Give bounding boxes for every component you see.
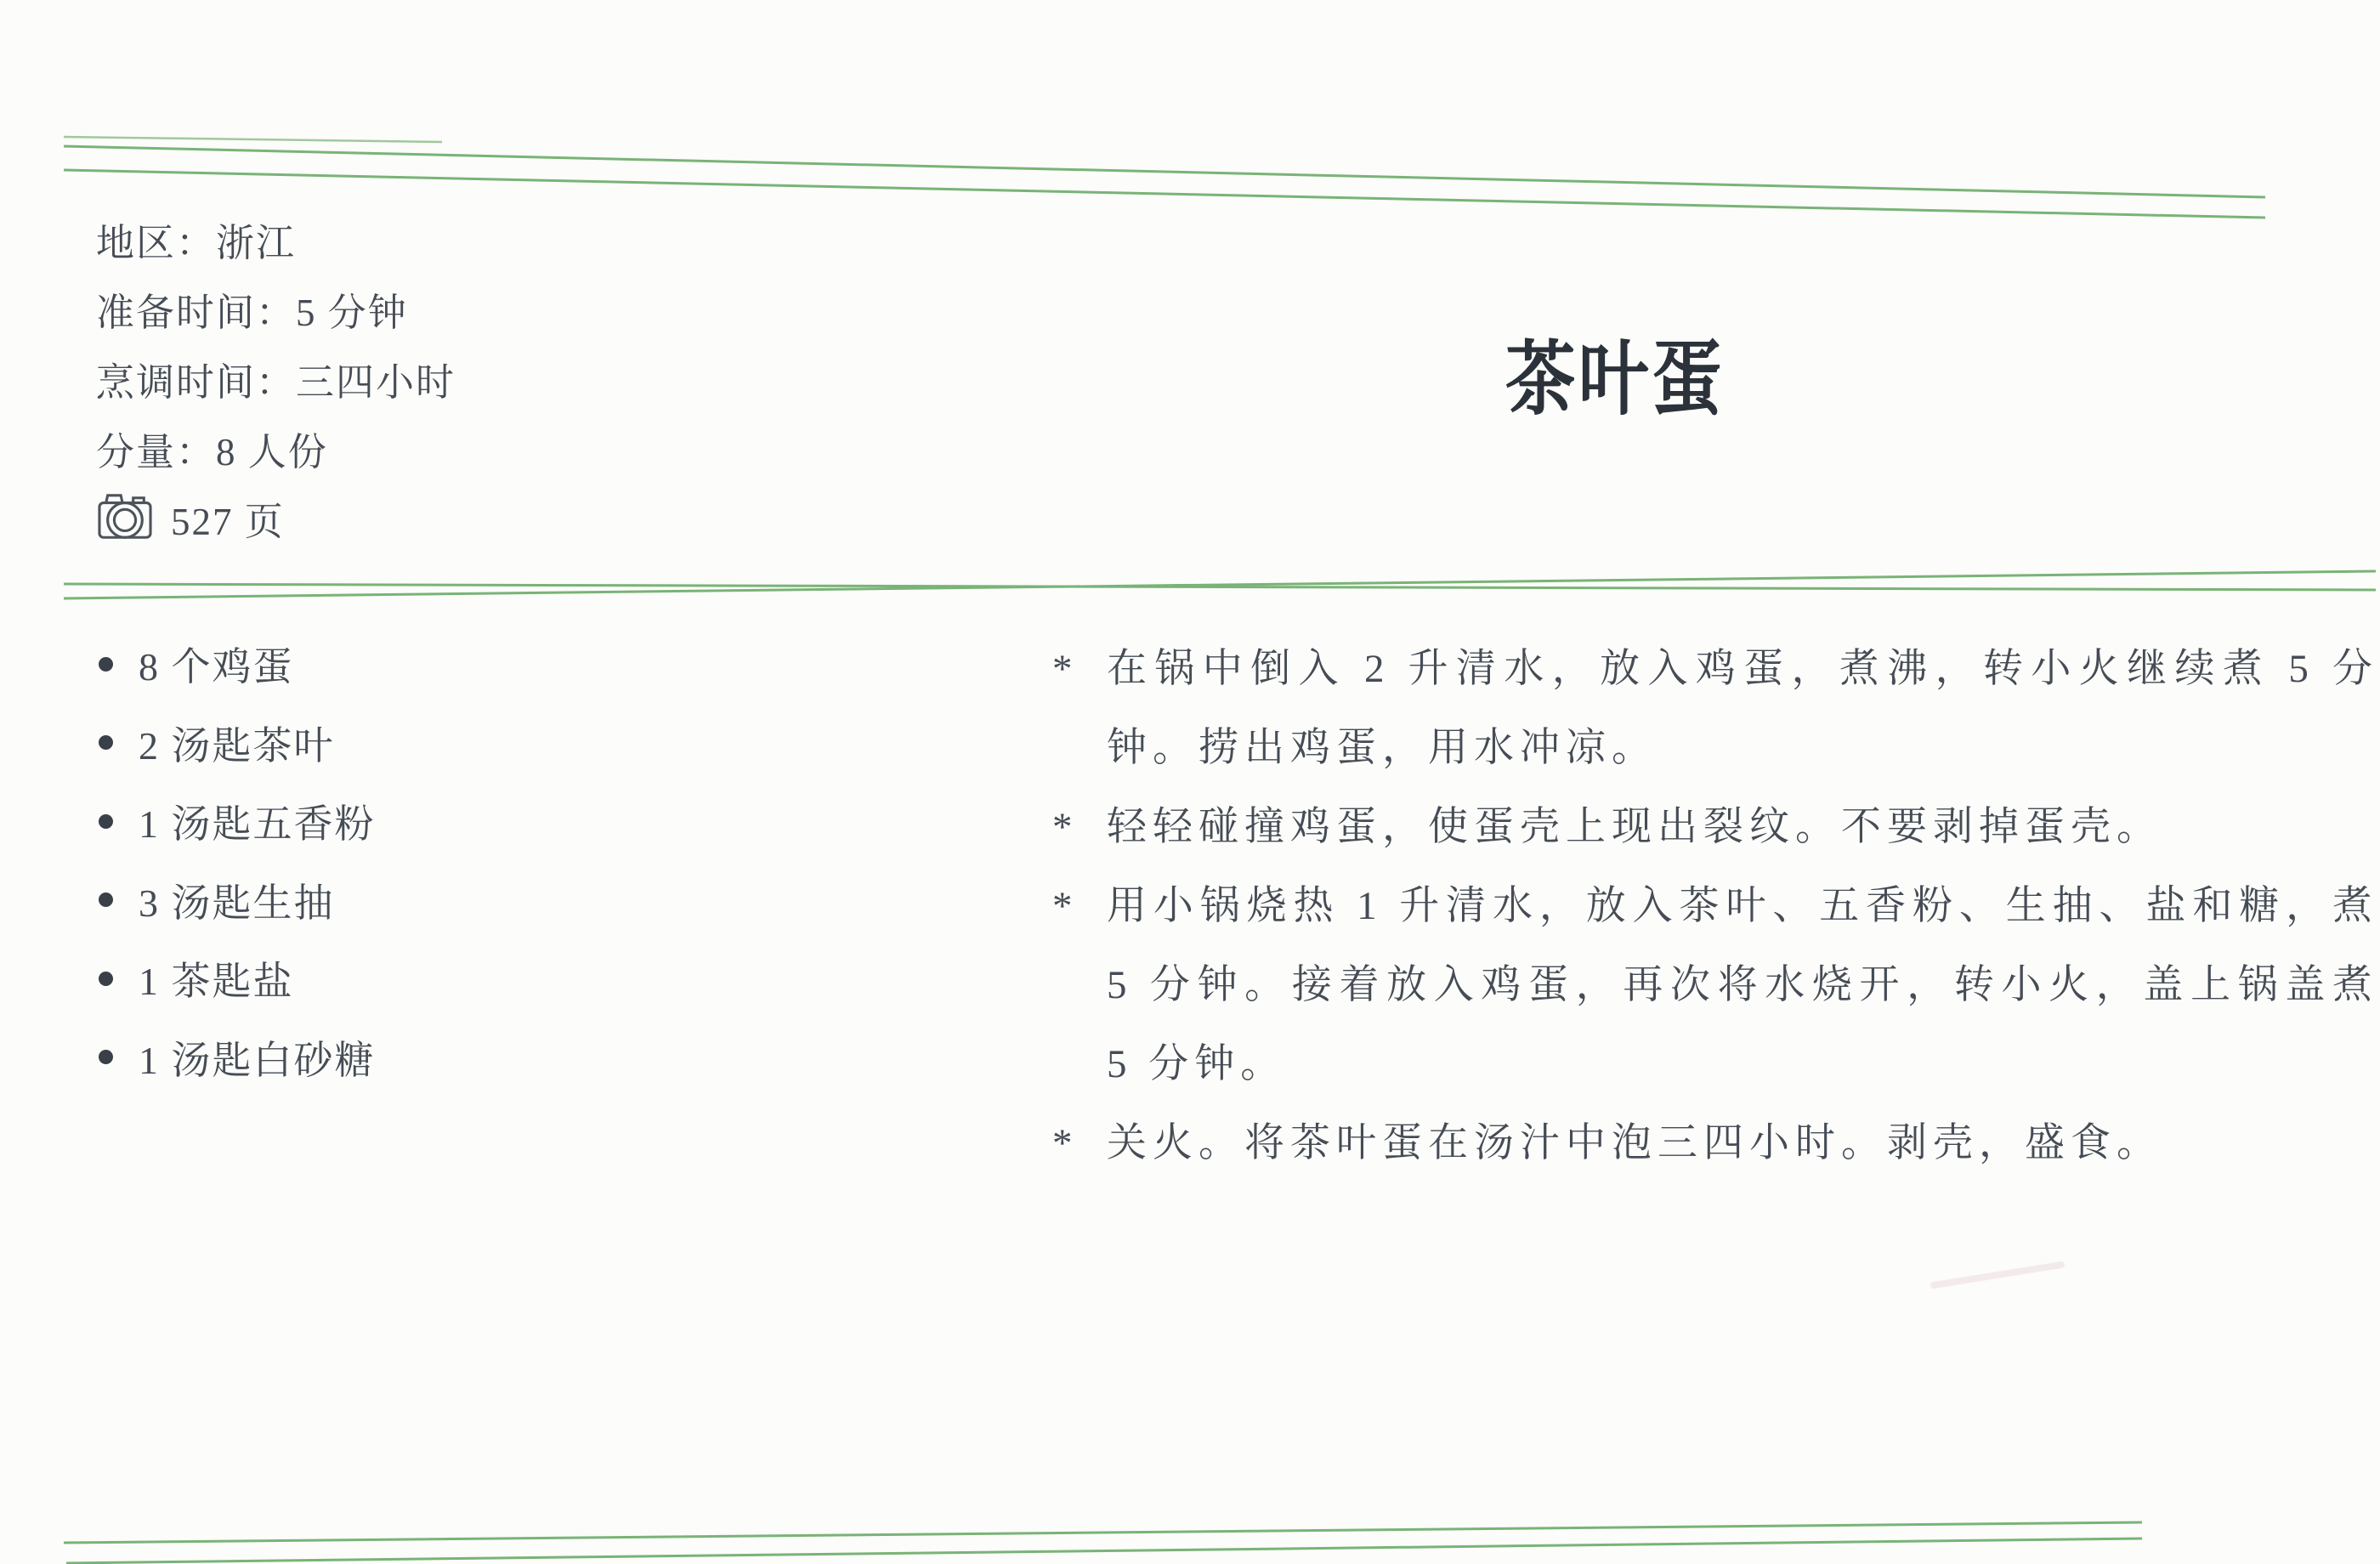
instruction-text: 用小锅烧热 1 升清水，放入茶叶、五香粉、生抽、盐和糖，煮 5 分钟。接着放入鸡… xyxy=(1107,867,2378,1104)
ingredient-item: 2 汤匙茶叶 xyxy=(99,704,376,783)
ingredient-item: 1 汤匙五香粉 xyxy=(99,782,376,861)
meta-cook-time: 烹调时间：三四小时 xyxy=(96,343,456,413)
instructions-list: * 在锅中倒入 2 升清水，放入鸡蛋，煮沸，转小火继续煮 5 分钟。捞出鸡蛋，用… xyxy=(1052,630,2378,1183)
ingredient-text: 8 个鸡蛋 xyxy=(139,636,294,692)
instruction-step: * 在锅中倒入 2 升清水，放入鸡蛋，煮沸，转小火继续煮 5 分钟。捞出鸡蛋，用… xyxy=(1052,630,2378,788)
bullet-icon xyxy=(99,814,113,829)
bullet-icon xyxy=(99,892,113,907)
bullet-icon xyxy=(99,735,113,750)
bullet-icon xyxy=(99,1050,113,1064)
recipe-title: 茶叶蛋 xyxy=(1249,333,1980,427)
instruction-text: 关火。将茶叶蛋在汤汁中泡三四小时。剥壳，盛食。 xyxy=(1107,1104,2378,1183)
photo-page-number: 527 页 xyxy=(171,490,285,546)
asterisk-marker: * xyxy=(1052,1104,1107,1183)
ingredient-item: 3 汤匙生抽 xyxy=(99,861,376,940)
asterisk-marker: * xyxy=(1052,630,1107,788)
instruction-text: 轻轻碰撞鸡蛋，使蛋壳上现出裂纹。不要剥掉蛋壳。 xyxy=(1107,788,2378,867)
ingredient-item: 1 汤匙白砂糖 xyxy=(99,1018,376,1097)
instruction-text: 在锅中倒入 2 升清水，放入鸡蛋，煮沸，转小火继续煮 5 分钟。捞出鸡蛋，用水冲… xyxy=(1107,630,2378,788)
recipe-page: 地区：浙江 准备时间：5 分钟 烹调时间：三四小时 分量：8 人份 527 页 … xyxy=(0,0,2380,1564)
bullet-icon xyxy=(99,972,113,986)
asterisk-marker: * xyxy=(1052,867,1107,1104)
instruction-step: * 关火。将茶叶蛋在汤汁中泡三四小时。剥壳，盛食。 xyxy=(1052,1104,2378,1183)
bullet-icon xyxy=(99,657,113,671)
scan-smudge xyxy=(1934,1265,2061,1285)
ingredient-text: 3 汤匙生抽 xyxy=(139,872,335,928)
photo-page-ref: 527 页 xyxy=(96,483,456,552)
instruction-step: * 用小锅烧热 1 升清水，放入茶叶、五香粉、生抽、盐和糖，煮 5 分钟。接着放… xyxy=(1052,867,2378,1104)
ingredients-list: 8 个鸡蛋 2 汤匙茶叶 1 汤匙五香粉 3 汤匙生抽 1 茶匙盐 1 汤匙白砂… xyxy=(99,625,376,1096)
ingredient-text: 1 汤匙五香粉 xyxy=(139,793,376,849)
ingredient-text: 1 茶匙盐 xyxy=(139,950,294,1006)
meta-servings: 分量：8 人份 xyxy=(96,413,456,483)
meta-prep-time: 准备时间：5 分钟 xyxy=(96,274,456,343)
ingredient-item: 8 个鸡蛋 xyxy=(99,625,376,704)
ingredient-text: 1 汤匙白砂糖 xyxy=(139,1029,376,1085)
recipe-metadata: 地区：浙江 准备时间：5 分钟 烹调时间：三四小时 分量：8 人份 527 页 xyxy=(96,204,456,552)
bottom-rule xyxy=(64,1522,2142,1563)
instruction-step: * 轻轻碰撞鸡蛋，使蛋壳上现出裂纹。不要剥掉蛋壳。 xyxy=(1052,788,2378,867)
ingredient-item: 1 茶匙盐 xyxy=(99,939,376,1018)
asterisk-marker: * xyxy=(1052,788,1107,867)
ingredient-text: 2 汤匙茶叶 xyxy=(139,715,335,771)
camera-icon xyxy=(96,491,154,544)
middle-rule xyxy=(64,571,2376,598)
meta-region: 地区：浙江 xyxy=(96,204,456,274)
